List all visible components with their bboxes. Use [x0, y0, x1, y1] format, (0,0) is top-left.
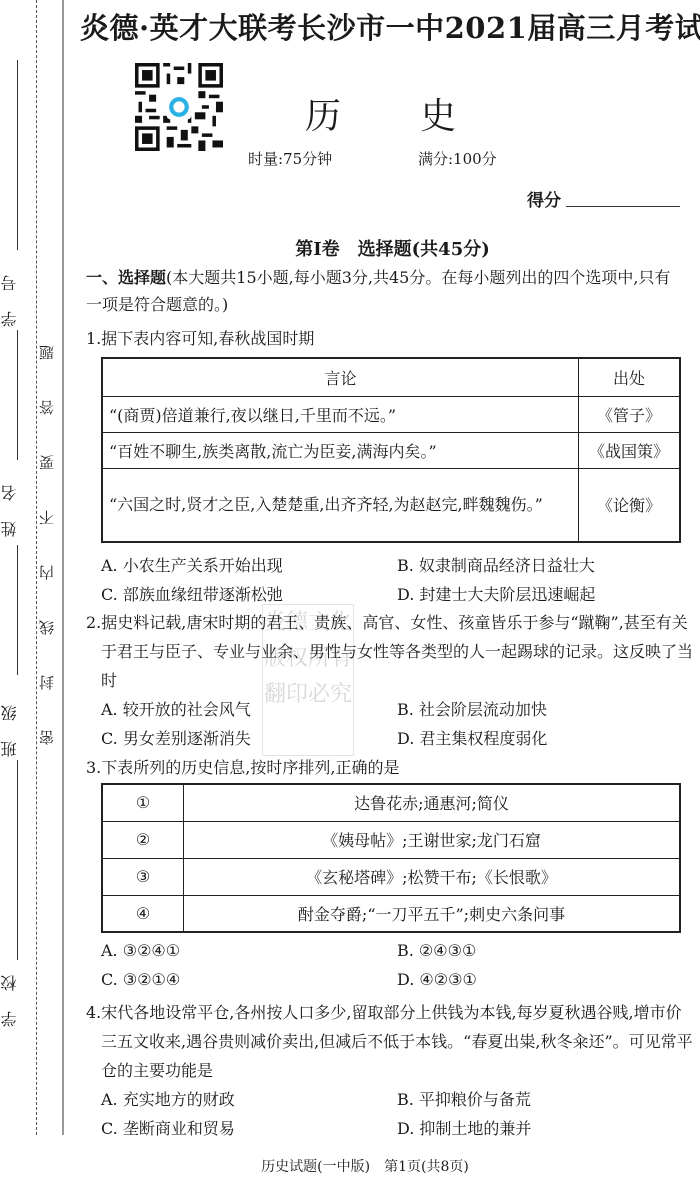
- margin-field-class: 班级: [2, 685, 26, 757]
- qr-code-icon[interactable]: [135, 63, 223, 151]
- option-a[interactable]: A. 充实地方的财政: [101, 1087, 235, 1110]
- option-a[interactable]: A. 小农生产关系开始出现: [101, 553, 283, 576]
- table-cell: ②: [102, 821, 184, 858]
- score-label: 得分: [527, 186, 561, 211]
- subject-char: 历: [305, 88, 341, 139]
- table-cell: 《战国策》: [579, 432, 681, 468]
- seal-char: 密: [40, 730, 60, 745]
- option-b[interactable]: B. 奴隶制商品经济日益壮大: [397, 553, 595, 576]
- question-stem: 下表所列的历史信息,按时序排列,正确的是: [101, 758, 399, 777]
- exam-duration: 时量:75分钟: [248, 148, 332, 169]
- instructions-text: (本大题共15小题,每小题3分,共45分。在每小题列出的四个选项中,只有一项是符…: [86, 268, 670, 314]
- option-b[interactable]: B. ②④③①: [397, 941, 476, 960]
- question-1: 1.据下表内容可知,春秋战国时期: [86, 325, 686, 352]
- part-heading: 一、选择题: [86, 268, 166, 287]
- binding-solid-line: [62, 0, 64, 1135]
- margin-field-name: 姓名: [2, 465, 26, 537]
- student-id-blank[interactable]: [17, 60, 18, 250]
- seal-char: 线: [40, 620, 60, 635]
- table-header: 出处: [579, 358, 681, 396]
- table-cell: 《管子》: [579, 396, 681, 432]
- option-b[interactable]: B. 平抑粮价与备荒: [397, 1087, 531, 1110]
- question-number: 2.: [86, 613, 101, 632]
- subject-char: 史: [420, 88, 456, 139]
- section-title: 第Ⅰ卷 选择题(共45分): [0, 235, 700, 261]
- option-d[interactable]: D. 封建士大夫阶层迅速崛起: [397, 582, 595, 605]
- seal-char: 内: [40, 565, 60, 580]
- score-field[interactable]: [566, 206, 680, 207]
- table-cell: 酎金夺爵;“一刀平五千”;刺史六条问事: [184, 895, 681, 932]
- table-cell: “(商贾)倍道兼行,夜以继日,千里而不远。”: [102, 396, 579, 432]
- question-number: 3.: [86, 758, 101, 777]
- binding-dotted-line: [36, 0, 37, 1135]
- table-cell: ④: [102, 895, 184, 932]
- table-cell: “六国之时,贤才之臣,入楚楚重,出齐齐轻,为赵赵完,畔魏魏伤。”: [102, 468, 579, 542]
- seal-char: 不: [40, 510, 60, 525]
- exam-full-score: 满分:100分: [418, 148, 497, 169]
- page-footer: 历史试题(一中版) 第1页(共8页): [0, 1156, 700, 1176]
- table-cell: 《姨母帖》;王谢世家;龙门石窟: [184, 821, 681, 858]
- section-instructions: 一、选择题(本大题共15小题,每小题3分,共45分。在每小题列出的四个选项中,只…: [86, 264, 686, 318]
- question-stem: 据史料记载,唐宋时期的君王、贵族、高官、女性、孩童皆乐于参与“蹴鞠”,甚至有关于…: [101, 613, 693, 690]
- question-2: 2.据史料记载,唐宋时期的君王、贵族、高官、女性、孩童皆乐于参与“蹴鞠”,甚至有…: [86, 608, 697, 695]
- class-blank[interactable]: [17, 760, 18, 960]
- option-a[interactable]: A. ③②④①: [101, 941, 180, 960]
- question-3: 3.下表所列的历史信息,按时序排列,正确的是: [86, 754, 686, 781]
- question-stem: 据下表内容可知,春秋战国时期: [101, 329, 314, 348]
- table-cell: “百姓不聊生,族类离散,流亡为臣妾,满海内矣。”: [102, 432, 579, 468]
- seal-char: 题: [40, 345, 60, 360]
- question-number: 4.: [86, 1003, 101, 1022]
- question-3-table: ①达鲁花赤;通惠河;简仪 ②《姨母帖》;王谢世家;龙门石窟 ③《玄秘塔碑》;松赞…: [101, 783, 681, 933]
- option-d[interactable]: D. ④②③①: [397, 970, 477, 989]
- question-stem: 宋代各地设常平仓,各州按人口多少,留取部分上供钱为本钱,每岁夏秋遇谷贱,增市价三…: [101, 1003, 693, 1080]
- name-blank-lower: [17, 545, 18, 675]
- question-1-table: 言论 出处 “(商贾)倍道兼行,夜以继日,千里而不远。” 《管子》 “百姓不聊生…: [101, 357, 681, 543]
- table-cell: 《玄秘塔碑》;松赞干布;《长恨歌》: [184, 858, 681, 895]
- option-b[interactable]: B. 社会阶层流动加快: [397, 697, 547, 720]
- option-d[interactable]: D. 君主集权程度弱化: [397, 726, 547, 749]
- option-d[interactable]: D. 抑制土地的兼并: [397, 1116, 531, 1139]
- name-blank[interactable]: [17, 330, 18, 460]
- exam-title: 炎德·英才大联考长沙市一中2021届高三月考试卷(六): [80, 6, 700, 47]
- table-cell: ①: [102, 784, 184, 821]
- table-cell: 《论衡》: [579, 468, 681, 542]
- question-4: 4.宋代各地设常平仓,各州按人口多少,留取部分上供钱为本钱,每岁夏秋遇谷贱,增市…: [86, 998, 697, 1085]
- margin-field-school: 学校: [2, 955, 26, 1027]
- option-c[interactable]: C. 男女差别逐渐消失: [101, 726, 251, 749]
- question-number: 1.: [86, 329, 101, 348]
- option-c[interactable]: C. 垄断商业和贸易: [101, 1116, 235, 1139]
- margin-field-student-id: 学号: [2, 255, 26, 327]
- option-a[interactable]: A. 较开放的社会风气: [101, 697, 251, 720]
- seal-char: 封: [40, 675, 60, 690]
- seal-char: 答: [40, 400, 60, 415]
- table-header: 言论: [102, 358, 579, 396]
- table-cell: ③: [102, 858, 184, 895]
- table-cell: 达鲁花赤;通惠河;简仪: [184, 784, 681, 821]
- option-c[interactable]: C. ③②①④: [101, 970, 180, 989]
- option-c[interactable]: C. 部族血缘纽带逐渐松弛: [101, 582, 283, 605]
- seal-char: 要: [40, 455, 60, 470]
